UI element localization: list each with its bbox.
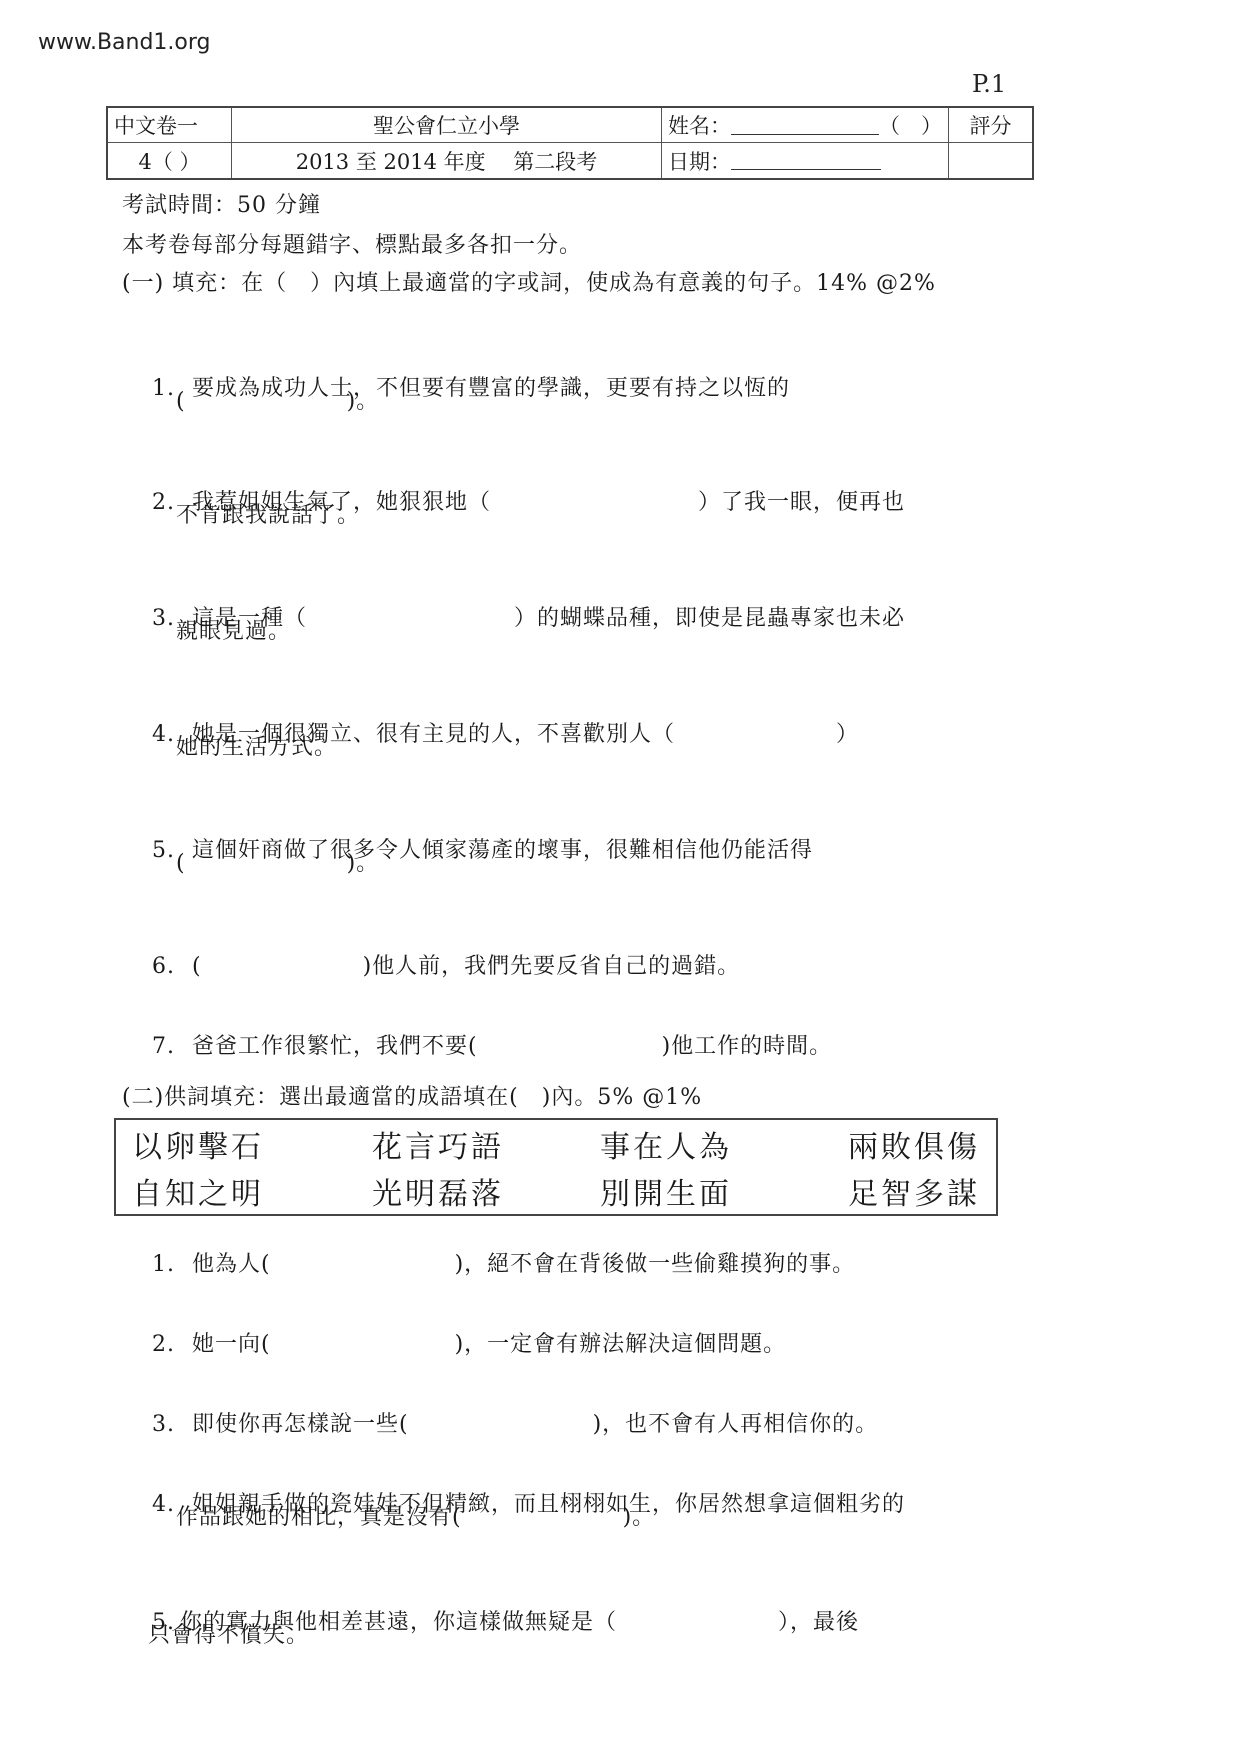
section2-title: (二)供詞填充：選出最適當的成語填在( )內。5% @1% bbox=[122, 1080, 702, 1111]
score-label: 評分 bbox=[949, 108, 1032, 143]
idiom-option: 以卵擊石 bbox=[132, 1120, 344, 1167]
class-label: 4（ ） bbox=[108, 143, 232, 178]
section1-title: (一) 填充：在（ ）內填上最適當的字或詞，使成為有意義的句子。14% @2% bbox=[122, 266, 936, 297]
idiom-option: 事在人為 bbox=[556, 1120, 768, 1167]
s1-question-4-cont: 她的生活方式。 bbox=[122, 730, 337, 761]
date-field[interactable]: 日期： bbox=[662, 143, 949, 178]
idiom-option: 兩敗俱傷 bbox=[768, 1120, 980, 1167]
s1-question-6[interactable]: 6.( )他人前，我們先要反省自己的過錯。 bbox=[136, 924, 740, 980]
class-number-paren: （ ） bbox=[879, 110, 942, 140]
exam-header-table: 中文卷一 聖公會仁立小學 姓名： （ ） 評分 4（ ） 2013 至 2014… bbox=[106, 106, 1034, 180]
marking-rule: 本考卷每部分每題錯字、標點最多各扣一分。 bbox=[122, 228, 582, 259]
school-name: 聖公會仁立小學 bbox=[232, 108, 662, 143]
watermark: www.Band1.org bbox=[38, 30, 211, 55]
score-box[interactable] bbox=[949, 143, 1032, 178]
s1-question-7[interactable]: 7.爸爸工作很繁忙，我們不要( )他工作的時間。 bbox=[136, 1004, 832, 1060]
idiom-option: 光明磊落 bbox=[344, 1167, 556, 1214]
exam-time: 考試時間：50 分鐘 bbox=[122, 188, 321, 219]
idiom-word-bank: 以卵擊石 花言巧語 事在人為 兩敗俱傷 自知之明 光明磊落 別開生面 足智多謀 bbox=[114, 1118, 998, 1216]
s2-question-5-cont: 只會得不償失。 bbox=[148, 1618, 309, 1649]
year-term: 2013 至 2014 年度 第二段考 bbox=[232, 143, 662, 178]
s2-question-2[interactable]: 2.她一向( )，一定會有辦法解決這個問題。 bbox=[136, 1302, 786, 1358]
s1-question-5-cont[interactable]: ( )。 bbox=[122, 846, 379, 877]
page-number: P.1 bbox=[972, 70, 1006, 98]
s1-question-3-cont: 親眼見過。 bbox=[122, 614, 291, 645]
s2-question-4-cont[interactable]: 作品跟她的相比，真是沒有( )。 bbox=[122, 1500, 655, 1531]
date-label: 日期： bbox=[668, 146, 731, 176]
idiom-option: 足智多謀 bbox=[768, 1167, 980, 1214]
name-field[interactable]: 姓名： （ ） bbox=[662, 108, 949, 143]
s2-question-3[interactable]: 3.即使你再怎樣說一些( )，也不會有人再相信你的。 bbox=[136, 1382, 878, 1438]
idiom-option: 自知之明 bbox=[132, 1167, 344, 1214]
name-blank[interactable] bbox=[731, 116, 879, 135]
s2-question-1[interactable]: 1.他為人( )，絕不會在背後做一些偷雞摸狗的事。 bbox=[136, 1222, 855, 1278]
date-blank[interactable] bbox=[731, 151, 881, 170]
s1-question-2-cont: 不肯跟我說話了。 bbox=[122, 498, 360, 529]
paper-label: 中文卷一 bbox=[108, 108, 232, 143]
s1-question-1-cont[interactable]: ( )。 bbox=[122, 384, 379, 415]
idiom-option: 花言巧語 bbox=[344, 1120, 556, 1167]
name-label: 姓名： bbox=[668, 110, 731, 140]
idiom-option: 別開生面 bbox=[556, 1167, 768, 1214]
